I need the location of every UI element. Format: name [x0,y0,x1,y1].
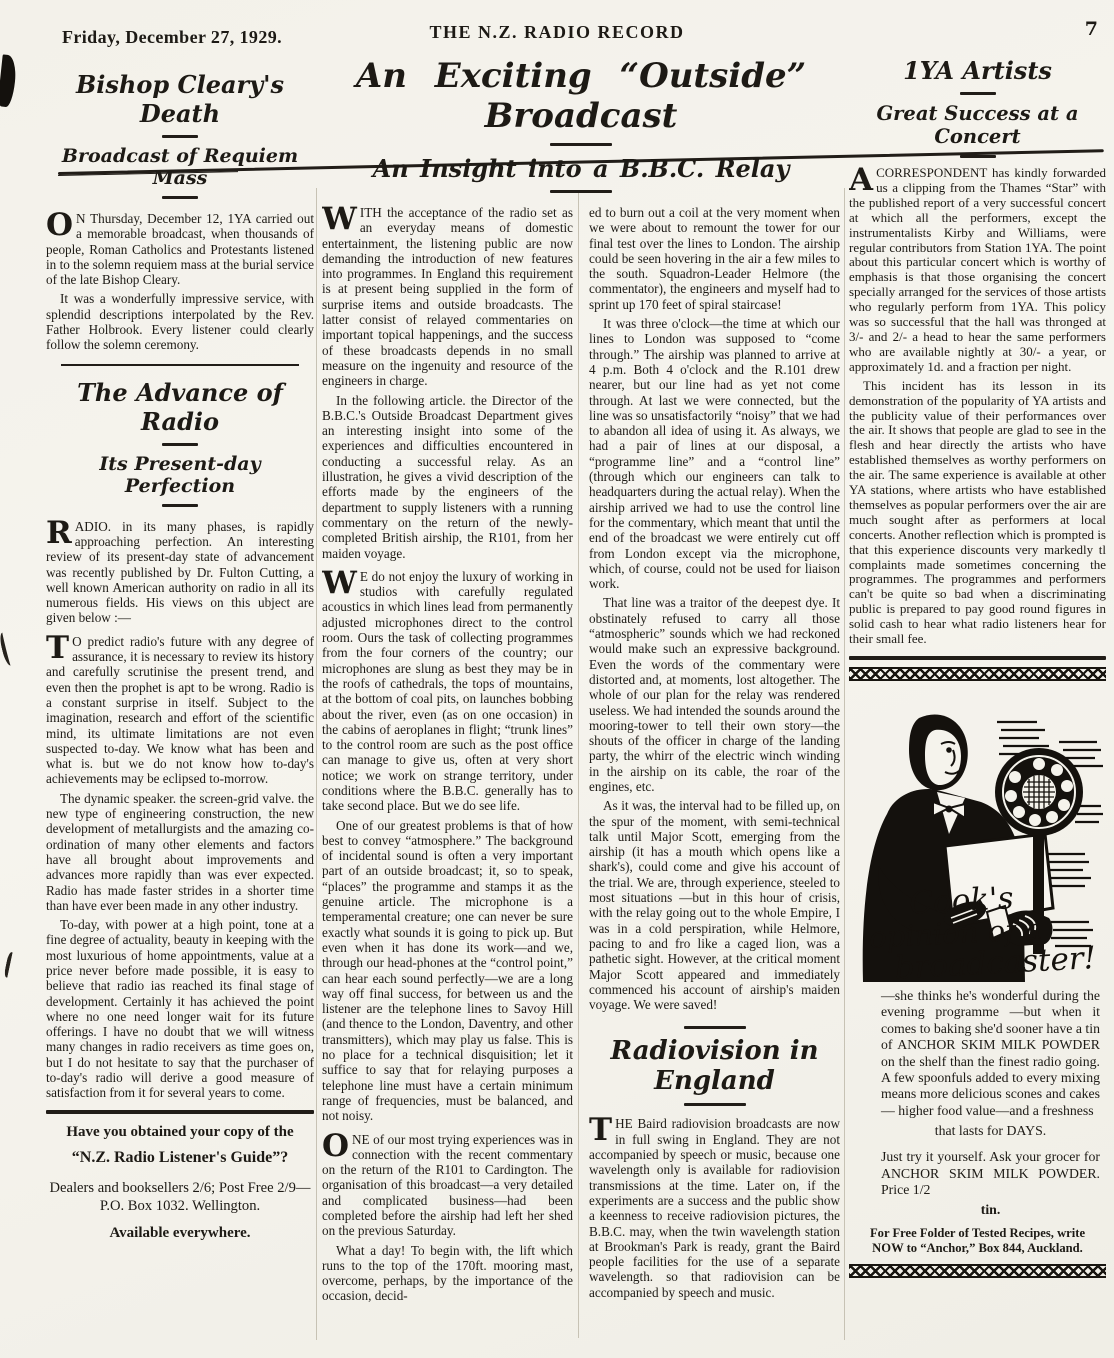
paragraph: It was a wonderfully impressive service,… [46,291,314,352]
diamond-border-ornament [849,667,1106,681]
drop-cap: T [46,634,72,661]
paragraph: A CORRESPONDENT has kindly forwarded us … [849,166,1106,375]
ad-footer-line: For Free Folder of Tested Recipes, write [849,1226,1106,1241]
column-rule [844,188,845,1340]
drop-cap: W [322,569,360,596]
left-column: Bishop Cleary's Death Broadcast of Requi… [46,58,314,1348]
article-body: ON Thursday, December 12, 1YA carried ou… [46,211,314,353]
dash-ornament [550,143,612,146]
promo-line: Have you obtained your copy of the [46,1124,314,1141]
paragraph: ON Thursday, December 12, 1YA carried ou… [46,211,314,287]
article-subtitle-concert: Great Success at a Concert [849,102,1106,148]
article-title-advance-of-radio: The Advance of Radio [46,378,314,436]
dash-ornament [550,190,612,193]
promo-line: Available everywhere. [46,1225,314,1242]
ad-paragraph: —she thinks he's wonderful during the ev… [881,988,1100,1119]
dash-ornament [162,443,198,446]
anchor-ad-copy: —she thinks he's wonderful during the ev… [849,982,1106,1218]
paragraph: The dynamic speaker. the screen-grid val… [46,791,314,913]
paragraph: RADIO. in its many phases, is rapidly ap… [46,519,314,626]
paragraph: ONE of our most trying experiences was i… [322,1132,573,1239]
article-column-2: ed to burn out a coil at the very moment… [589,205,840,1308]
article-body: RADIO. in its many phases, is rapidly ap… [46,519,314,1101]
drop-cap: O [322,1132,352,1159]
section-divider [61,364,299,366]
article-title-1ya-artists: 1YA Artists [849,56,1106,85]
article-body: A CORRESPONDENT has kindly forwarded us … [849,166,1106,647]
page-number: 7 [1085,18,1098,40]
ad-line-centered: that lasts for DAYS. [881,1123,1100,1139]
paragraph: TO predict radio's future with any degre… [46,634,314,787]
ad-footer-note: For Free Folder of Tested Recipes, write… [849,1226,1106,1256]
paragraph: One of our greatest problems is that of … [322,818,573,1124]
dash-ornament [162,504,198,507]
paragraph: It was three o'clock—the time at which o… [589,316,840,591]
paragraph: To-day, with power at a high point, tone… [46,917,314,1101]
ink-mark [3,951,16,978]
dash-ornament [960,155,996,158]
heavy-rule [849,656,1106,660]
heavy-rule [46,1110,314,1114]
radiovision-title: Radiovision in England [589,1036,840,1096]
masthead: THE N.Z. RADIO RECORD [0,22,1114,43]
ad-footer-line: NOW to “Anchor,” Box 844, Auckland. [849,1241,1106,1256]
dash-ornament [162,135,198,138]
main-subheadline: An Insight into a B.B.C. Relay [322,154,840,183]
dash-ornament [684,1103,746,1106]
article-subtitle-present-day-perfection: Its Present-day Perfection [46,453,314,497]
paragraph: In the following article. the Director o… [322,393,573,561]
dash-ornament [162,196,198,199]
promo-line: “N.Z. Radio Listener's Guide”? [46,1149,314,1167]
paragraph: That line was a traitor of the deepest d… [589,595,840,794]
ink-mark [0,631,15,666]
ink-smudge [0,54,18,107]
center-section: An Exciting “Outside” Broadcast An Insig… [322,52,840,1352]
dash-ornament [684,1026,746,1029]
drop-cap: T [589,1116,615,1143]
drop-cap: A [849,166,876,193]
article-title-bishop-cleary: Bishop Cleary's Death [46,70,314,128]
right-column: 1YA Artists Great Success at a Concert A… [849,52,1106,1352]
ad-script-headline: Cook's opinion of a broadcaster! [863,879,1097,986]
drop-cap: W [322,205,360,232]
drop-cap: R [46,519,75,546]
ad-paragraph: Just try it yourself. Ask your grocer fo… [881,1149,1100,1198]
paragraph: THE Baird radiovision broadcasts are now… [589,1116,840,1300]
article-subtitle-requiem-mass: Broadcast of Requiem Mass [46,145,314,189]
newspaper-page: Friday, December 27, 1929. THE N.Z. RADI… [0,0,1114,1358]
promo-line: Dealers and booksellers 2/6; Post Free 2… [46,1179,314,1215]
paragraph: This incident has its lesson in its demo… [849,379,1106,647]
main-headline: An Exciting “Outside” Broadcast [322,56,840,136]
paragraph: What a day! To begin with, the lift whic… [322,1243,573,1304]
anchor-ad-illustration: Cook's opinion of a broadcaster! [849,686,1106,982]
drop-cap: O [46,211,76,238]
paragraph: As it was, the interval had to be filled… [589,798,840,1012]
diamond-border-ornament [849,1264,1106,1278]
column-rule [316,188,317,1340]
ad-line-centered: tin. [881,1202,1100,1218]
article-columns: WITH the acceptance of the radio set as … [322,205,840,1308]
paragraph: ed to burn out a coil at the very moment… [589,205,840,312]
paragraph: WITH the acceptance of the radio set as … [322,205,573,389]
article-column-1: WITH the acceptance of the radio set as … [322,205,573,1308]
dash-ornament [960,92,996,95]
listeners-guide-promo: Have you obtained your copy of the “N.Z.… [46,1124,314,1242]
paragraph: WE do not enjoy the luxury of working in… [322,569,573,814]
